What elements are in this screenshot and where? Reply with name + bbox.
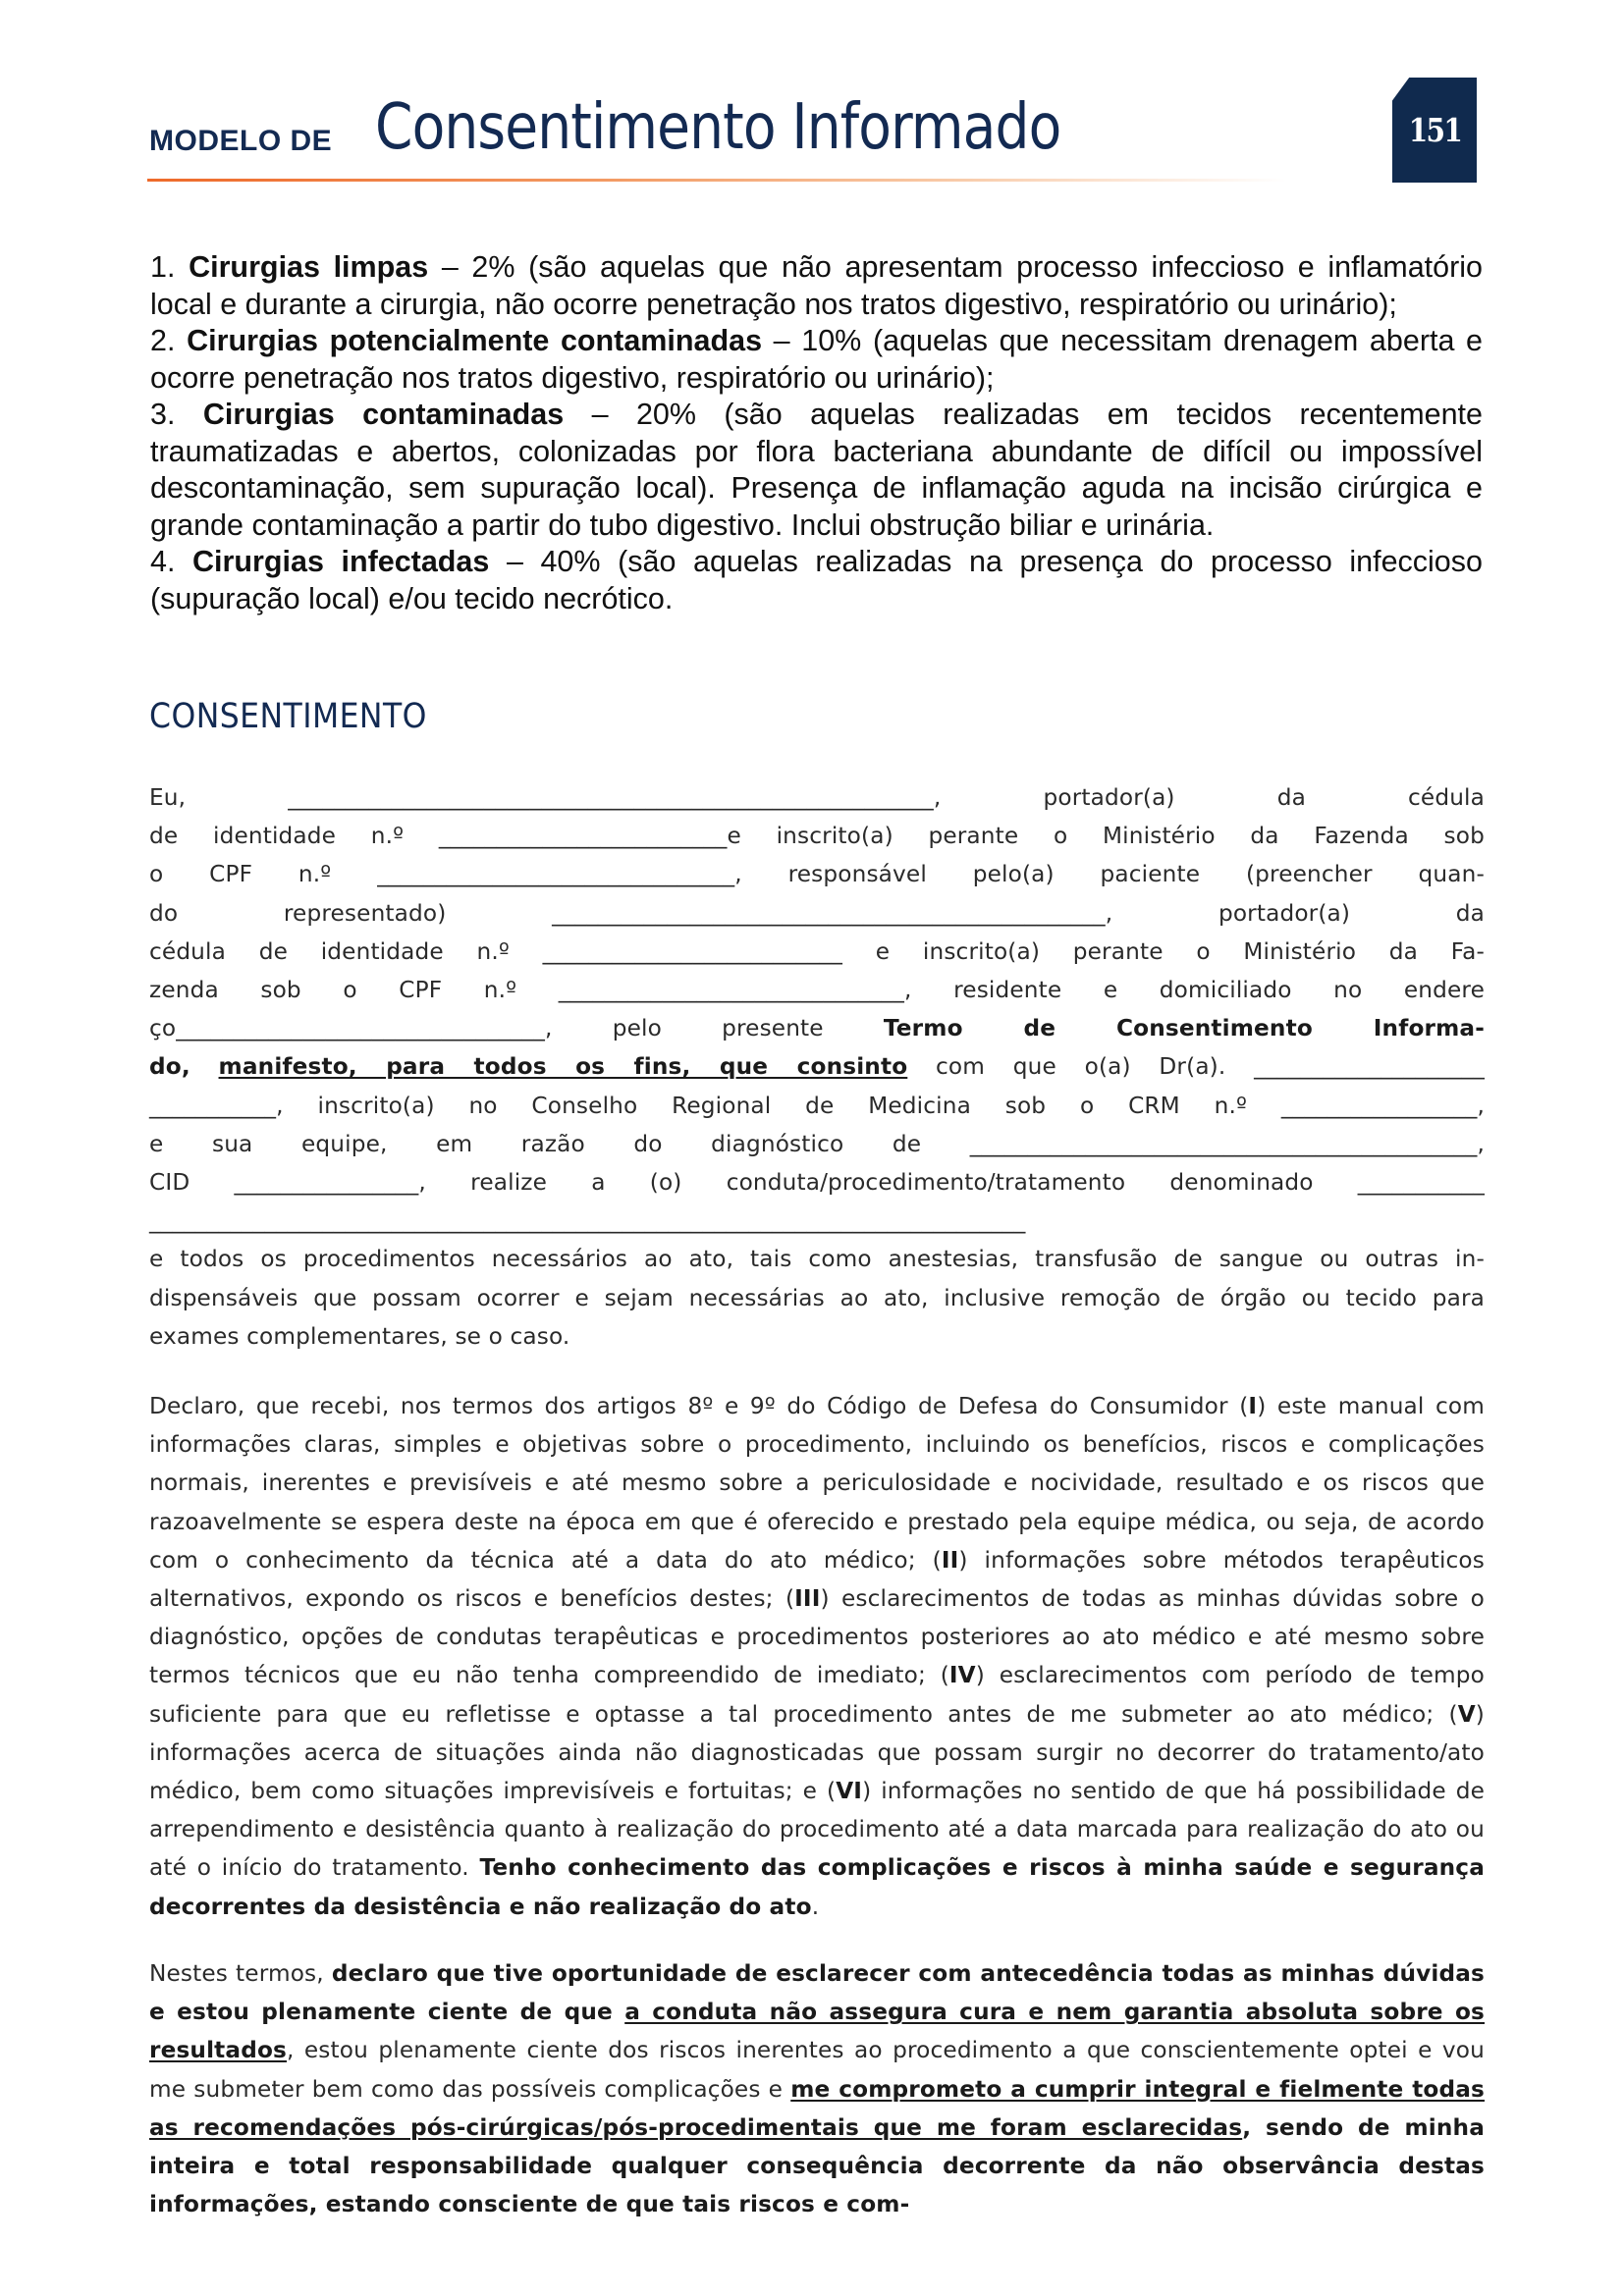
terms-text: Nestes termos, declaro que tive oportuni… (149, 1954, 1485, 2223)
roman-numeral: VI (836, 1778, 862, 1804)
form-line-doctor[interactable]: do, manifesto, para todos os fins, que c… (149, 1047, 1485, 1086)
page-number: 151 (1408, 111, 1460, 149)
bold-term: Termo de Consentimento Informa- (884, 1015, 1485, 1041)
list-item-rate: – 10% (774, 324, 862, 357)
roman-numeral: IV (949, 1662, 976, 1688)
closing-line: dispensáveis que possam ocorrer e sejam … (149, 1279, 1485, 1317)
list-item: 4. Cirurgias infectadas – 40% (são aquel… (150, 544, 1483, 617)
header-rule (147, 179, 1286, 182)
form-line-crm[interactable]: ___________, inscrito(a) no Conselho Reg… (149, 1087, 1485, 1125)
form-line-representative[interactable]: do representado) _______________________… (149, 894, 1485, 933)
declaration-paragraph: Declaro, que recebi, nos termos dos arti… (149, 1387, 1485, 1926)
roman-numeral: I (1248, 1393, 1257, 1419)
declaration-text: Declaro, que recebi, nos termos dos arti… (149, 1387, 1485, 1926)
list-item: 1. Cirurgias limpas – 2% (são aquelas qu… (150, 249, 1483, 323)
list-item-number: 2. (150, 324, 175, 357)
form-line-cpf[interactable]: o CPF n.º ______________________________… (149, 855, 1485, 893)
closing-line: e todos os procedimentos necessários ao … (149, 1240, 1485, 1278)
list-item-rate: – 40% (507, 545, 601, 578)
list-item-rate: – 2% (442, 250, 515, 284)
form-line-name[interactable]: Eu, ____________________________________… (149, 778, 1485, 817)
page-number-tab: 151 (1392, 78, 1477, 183)
surgery-classification-list: 1. Cirurgias limpas – 2% (são aquelas qu… (150, 249, 1483, 617)
roman-numeral: V (1458, 1701, 1476, 1728)
list-item: 3. Cirurgias contaminadas – 20% (são aqu… (150, 397, 1483, 544)
roman-numeral: III (794, 1585, 820, 1612)
roman-numeral: II (942, 1547, 959, 1574)
list-item-number: 4. (150, 545, 175, 578)
doctor-field[interactable]: com que o(a) Dr(a). ____________________ (936, 1053, 1485, 1080)
section-heading-consentimento: CONSENTIMENTO (149, 697, 427, 736)
form-line-rep-cpf[interactable]: zenda sob o CPF n.º ____________________… (149, 971, 1485, 1009)
form-line-procedure[interactable]: ________________________________________… (149, 1201, 1485, 1240)
list-item-number: 1. (150, 250, 175, 284)
page-title: Consentimento Informado (375, 91, 1060, 164)
consent-clause: manifesto, para todos os fins, que consi… (219, 1053, 908, 1080)
list-item-label: Cirurgias contaminadas (203, 398, 564, 431)
list-item: 2. Cirurgias potencialmente contaminadas… (150, 323, 1483, 397)
consent-form: Eu, ____________________________________… (149, 778, 1485, 1356)
header-prefix: MODELO DE (149, 125, 332, 158)
form-line-identity[interactable]: de identidade n.º ______________________… (149, 817, 1485, 855)
form-line-diagnosis[interactable]: e sua equipe, em razão do diagnóstico de… (149, 1125, 1485, 1163)
list-item-label: Cirurgias infectadas (192, 545, 489, 578)
closing-line: exames complementares, se o caso. (149, 1317, 1485, 1356)
bold-term-end: do, (149, 1053, 190, 1080)
form-line-cid[interactable]: CID ________________, realize a (o) cond… (149, 1163, 1485, 1201)
form-line-address[interactable]: ço________________________________, pelo… (149, 1009, 1485, 1047)
list-item-label: Cirurgias potencialmente contaminadas (187, 324, 762, 357)
list-item-rate: – 20% (592, 398, 696, 431)
list-item-label: Cirurgias limpas (189, 250, 428, 284)
list-item-number: 3. (150, 398, 175, 431)
terms-paragraph: Nestes termos, declaro que tive oportuni… (149, 1954, 1485, 2223)
address-field[interactable]: ço________________________________, pelo… (149, 1015, 824, 1041)
form-line-rep-identity[interactable]: cédula de identidade n.º _______________… (149, 933, 1485, 971)
